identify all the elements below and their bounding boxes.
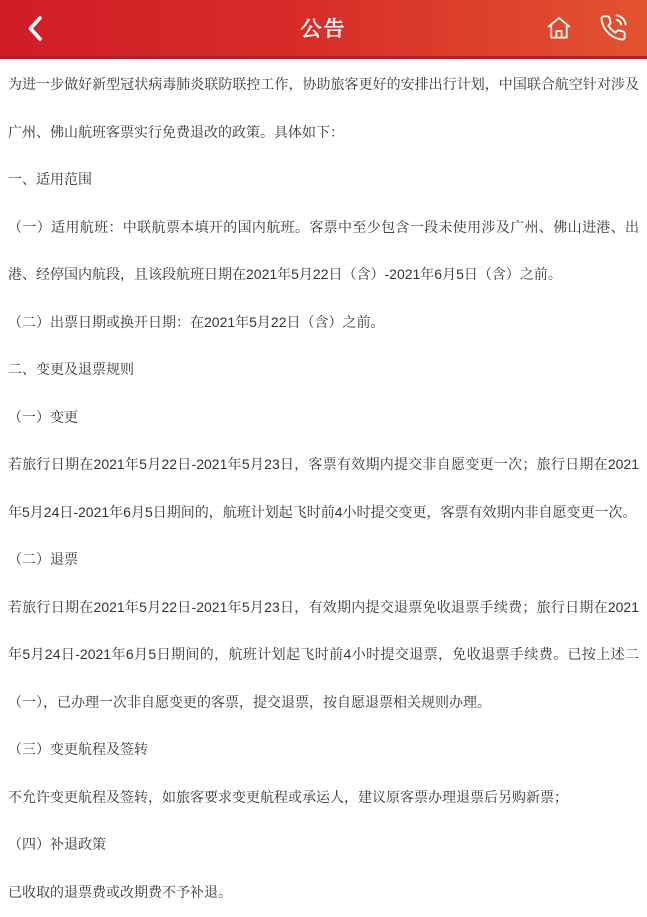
page-title: 公告 (301, 13, 347, 43)
phone-button[interactable] (599, 14, 627, 42)
home-button[interactable] (545, 14, 573, 42)
announcement-paragraph: 已收取的退票费或改期费不予补退。 (8, 869, 639, 917)
announcement-paragraph: 若旅行日期在2021年5月22日-2021年5月23日，有效期内提交退票免收退票… (8, 584, 639, 727)
announcement-paragraph: （四）补退政策 (8, 821, 639, 869)
chevron-left-icon (26, 14, 45, 43)
announcement-paragraph: （一）变更 (8, 394, 639, 442)
home-icon (545, 14, 573, 42)
header-bar: 公告 (0, 0, 647, 59)
announcement-paragraph: （三）变更航程及签转 (8, 726, 639, 774)
header-actions (545, 0, 627, 56)
back-button[interactable] (0, 0, 64, 56)
announcement-paragraph: 二、变更及退票规则 (8, 346, 639, 394)
announcement-paragraph: （一）适用航班：中联航票本填开的国内航班。客票中至少包含一段未使用涉及广州、佛山… (8, 204, 639, 299)
announcement-paragraph: （二）出票日期或换开日期：在2021年5月22日（含）之前。 (8, 299, 639, 347)
announcement-content: 为进一步做好新型冠状病毒肺炎联防联控工作，协助旅客更好的安排出行计划，中国联合航… (0, 59, 647, 916)
announcement-paragraph: 一、适用范围 (8, 156, 639, 204)
announcement-paragraph: 若旅行日期在2021年5月22日-2021年5月23日，客票有效期内提交非自愿变… (8, 441, 639, 536)
announcement-paragraph: （二）退票 (8, 536, 639, 584)
announcement-paragraph: 不允许变更航程及签转，如旅客要求变更航程或承运人，建议原客票办理退票后另购新票； (8, 774, 639, 822)
announcement-paragraph: 为进一步做好新型冠状病毒肺炎联防联控工作，协助旅客更好的安排出行计划，中国联合航… (8, 61, 639, 156)
phone-icon (599, 14, 627, 42)
announcement-page: 公告 为进一步做好新型冠状病毒肺炎联防联控工作，协助旅客更好的安排出行计划，中国… (0, 0, 647, 916)
